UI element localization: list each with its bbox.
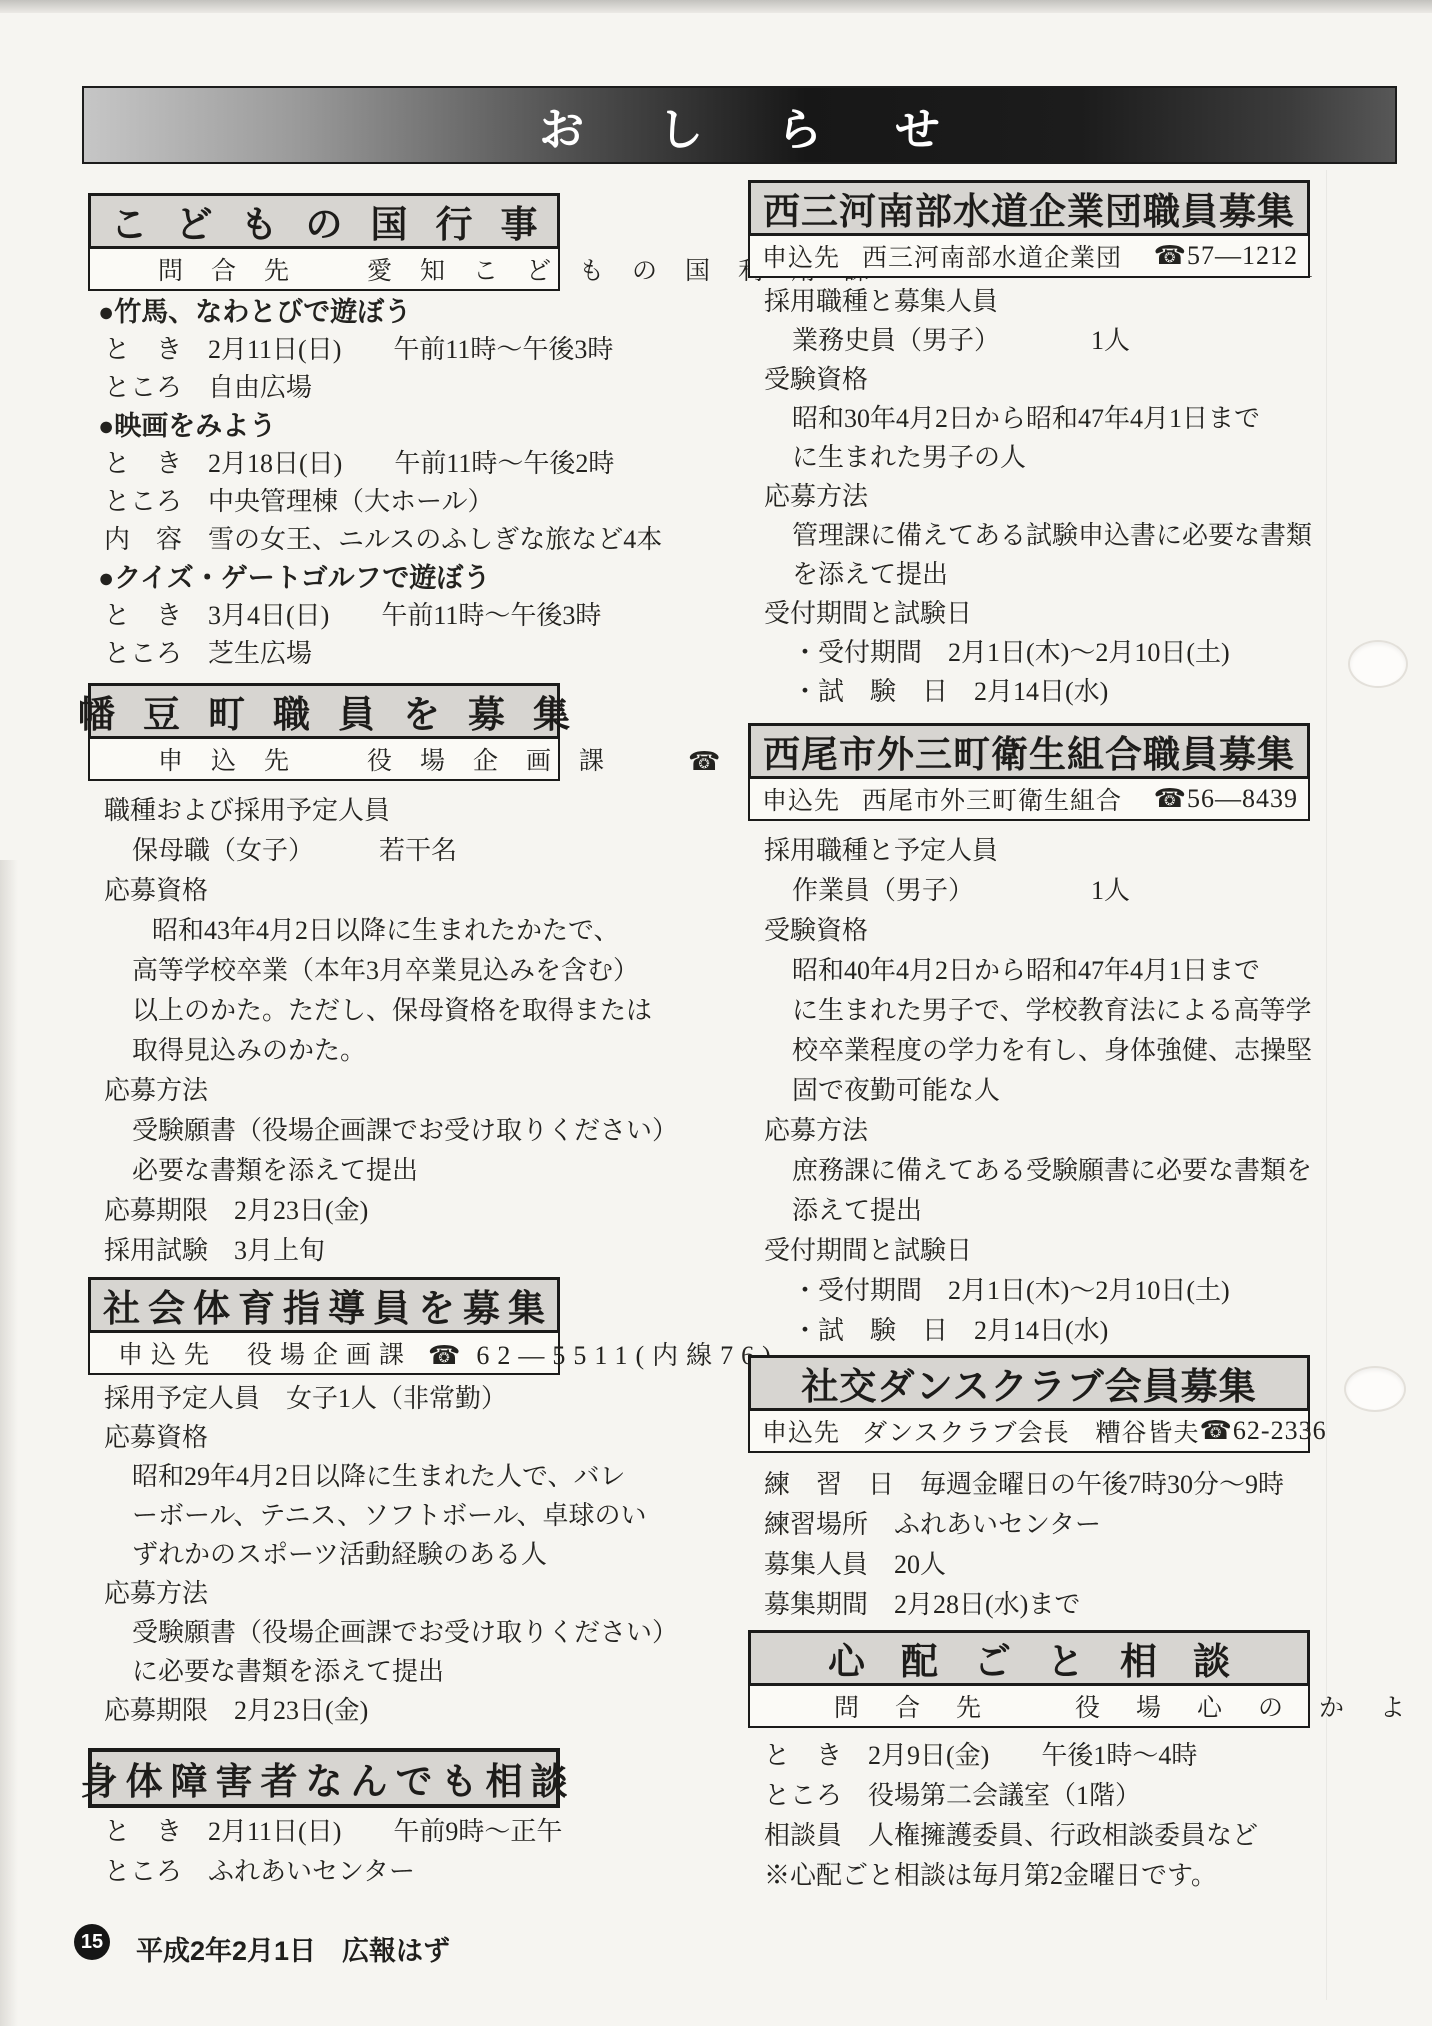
notice-banner-title: おしらせ [539, 93, 1014, 158]
contact-phone: ☎57—1212 [1154, 241, 1298, 271]
text-line: 採用試験 3月上旬 [88, 1231, 560, 1271]
text-line: ・試 験 日 2月14日(水) [748, 672, 1310, 711]
contact-row: 申込先役場企画課 ☎62—5511(内線76) [88, 1333, 560, 1375]
text-line: 応募方法 [748, 477, 1310, 516]
text-line: ところ 中央管理棟（大ホール） [88, 483, 560, 521]
phone-number: 62—5511(内線76) [476, 1341, 778, 1370]
text-line: 練 習 日 毎週金曜日の午後7時30分～9時 [748, 1465, 1310, 1505]
notice-banner: おしらせ [82, 86, 1397, 164]
section-body: 採用職種と予定人員 作業員（男子） 1人 受験資格 昭和40年4月2日から昭和4… [748, 821, 1310, 1351]
text-line: に生まれた男子の人 [748, 438, 1310, 477]
contact-name: 役場心のかよう課 [1075, 1695, 1432, 1722]
footer-publication: 広報はず [342, 1936, 450, 1966]
text-line: 応募方法 [88, 1574, 560, 1613]
text-line: 受験願書（役場企画課でお受け取りください） [88, 1111, 560, 1151]
newsletter-page: おしらせ こどもの国行事 問合先愛知こどもの国利用課 ☎62—4151 ●竹馬、… [0, 0, 1432, 2026]
section-water-utility-staff-recruitment: 西三河南部水道企業団職員募集 申込先西三河南部水道企業団 ☎57—1212 採用… [748, 180, 1310, 711]
text-line: ところ 自由広場 [88, 369, 560, 407]
phone-icon: ☎ [688, 747, 748, 776]
text-line: 作業員（男子） 1人 [748, 871, 1310, 911]
text-line: ・受付期間 2月1日(木)～2月10日(土) [748, 1271, 1310, 1311]
text-line: 採用予定人員 女子1人（非常勤） [88, 1379, 560, 1418]
contact-left: 申込先役場企画課 [130, 741, 632, 777]
section-title-box: 社交ダンスクラブ会員募集 [748, 1355, 1310, 1411]
section-hazu-town-staff-recruitment: 幡豆町職員を募集 申込先役場企画課 ☎62—5511(内線76) 職種および採用… [88, 683, 560, 1271]
text-line: 応募期限 2月23日(金) [88, 1691, 560, 1730]
text-line: ・試 験 日 2月14日(水) [748, 1311, 1310, 1351]
text-line: と き 2月11日(日) 午前11時～午後3時 [88, 331, 560, 369]
text-line: 庶務課に備えてある受験願書に必要な書類を [748, 1151, 1310, 1191]
text-line: 添えて提出 [748, 1191, 1310, 1231]
section-title: 幡豆町職員を募集 [78, 684, 598, 738]
event-heading: ●竹馬、なわとびで遊ぼう [88, 293, 560, 331]
section-worry-consultation: 心配ごと相談 問合先役場心のかよう課 ☎62-5511(内線27) と き 2月… [748, 1630, 1310, 1896]
text-line: ・受付期間 2月1日(木)～2月10日(土) [748, 633, 1310, 672]
section-title: こどもの国行事 [111, 194, 566, 248]
section-title: 社会体育指導員を募集 [103, 1278, 553, 1332]
section-title: 社交ダンスクラブ会員募集 [801, 1356, 1256, 1410]
section-title: 身体障害者なんでも相談 [81, 1751, 576, 1805]
text-line: ※心配ごと相談は毎月第2金曜日です。 [748, 1856, 1310, 1896]
text-line: 応募資格 [88, 871, 560, 911]
contact-label: 申込先 [762, 1420, 840, 1447]
text-line: 以上のかた。ただし、保母資格を取得または [88, 991, 560, 1031]
text-line: 管理課に備えてある試験申込書に必要な書類 [748, 516, 1310, 555]
text-line: と き 2月11日(日) 午前9時～正午 [88, 1812, 560, 1852]
phone-icon: ☎ [1154, 241, 1187, 270]
text-line: 募集人員 20人 [748, 1545, 1310, 1585]
text-line: 必要な書類を添えて提出 [88, 1151, 560, 1191]
text-line: 採用職種と募集人員 [748, 282, 1310, 321]
phone-number: 56—8439 [1187, 784, 1298, 813]
section-ballroom-dance-club-members: 社交ダンスクラブ会員募集 申込先ダンスクラブ会長 糟谷皆夫 ☎62-2336 練… [748, 1355, 1310, 1625]
contact-left: 申込先西三河南部水道企業団 [762, 238, 1122, 274]
section-title-box: 心配ごと相談 [748, 1630, 1310, 1686]
text-line: 業務史員（男子） 1人 [748, 321, 1310, 360]
text-line: 昭和43年4月2日以降に生まれたかたで、 [88, 911, 560, 951]
text-line: 昭和29年4月2日以降に生まれた人で、バレ [88, 1457, 560, 1496]
footer-date: 平成2年2月1日 [136, 1936, 316, 1966]
section-disabled-persons-consultation: 身体障害者なんでも相談 と き 2月11日(日) 午前9時～正午 ところ ふれあ… [88, 1748, 560, 1892]
section-title-box: 社会体育指導員を募集 [88, 1277, 560, 1333]
contact-row: 問合先愛知こどもの国利用課 ☎62—4151 [88, 249, 560, 291]
contact-row: 申込先西三河南部水道企業団 ☎57—1212 [748, 236, 1310, 278]
text-line: 応募期限 2月23日(金) [88, 1191, 560, 1231]
contact-left: 申込先ダンスクラブ会長 糟谷皆夫 [762, 1413, 1200, 1449]
contact-phone: ☎62-2336 [1200, 1416, 1327, 1446]
scan-edge-left [0, 860, 18, 2026]
section-title-box: 西三河南部水道企業団職員募集 [748, 180, 1310, 236]
text-line: 受付期間と試験日 [748, 1231, 1310, 1271]
text-line: 高等学校卒業（本年3月卒業見込みを含む） [88, 951, 560, 991]
section-title: 西尾市外三町衛生組合職員募集 [763, 724, 1295, 778]
contact-label: 問合先 [158, 258, 317, 285]
section-body: 職種および採用予定人員 保母職（女子） 若干名 応募資格 昭和43年4月2日以降… [88, 781, 560, 1271]
contact-name: ダンスクラブ会長 糟谷皆夫 [862, 1420, 1200, 1447]
section-title-box: 幡豆町職員を募集 [88, 683, 560, 739]
section-body: と き 2月11日(日) 午前9時～正午 ところ ふれあいセンター [88, 1808, 560, 1892]
text-line: ところ 芝生広場 [88, 635, 560, 673]
text-line: ーボール、テニス、ソフトボール、卓球のい [88, 1496, 560, 1535]
text-line: 受付期間と試験日 [748, 594, 1310, 633]
section-body: と き 2月9日(金) 午後1時～4時 ところ 役場第二会議室（1階） 相談員 … [748, 1728, 1310, 1896]
text-line: 相談員 人権擁護委員、行政相談委員など [748, 1816, 1310, 1856]
text-line: に生まれた男子で、学校教育法による高等学 [748, 991, 1310, 1031]
contact-row: 申込先ダンスクラブ会長 糟谷皆夫 ☎62-2336 [748, 1411, 1310, 1453]
text-line: 内 容 雪の女王、ニルスのふしぎな旅など4本 [88, 521, 560, 559]
punch-hole [1348, 640, 1408, 688]
phone-icon: ☎ [428, 1341, 468, 1370]
text-line: 職種および採用予定人員 [88, 791, 560, 831]
punch-hole [1344, 1366, 1406, 1412]
contact-row: 問合先役場心のかよう課 ☎62-5511(内線27) [748, 1686, 1310, 1728]
contact-name: 西尾市外三町衛生組合 [862, 788, 1122, 815]
section-title-box: 西尾市外三町衛生組合職員募集 [748, 723, 1310, 779]
footer-line: 平成2年2月1日広報はず [136, 1929, 450, 1968]
section-title: 西三河南部水道企業団職員募集 [763, 181, 1295, 235]
text-line: 応募方法 [748, 1111, 1310, 1151]
contact-name: 役場企画課 [367, 748, 632, 775]
section-body: 採用予定人員 女子1人（非常勤） 応募資格 昭和29年4月2日以降に生まれた人で… [88, 1375, 560, 1730]
section-body: 採用職種と募集人員 業務史員（男子） 1人 受験資格 昭和30年4月2日から昭和… [748, 278, 1310, 711]
text-line: 受験願書（役場企画課でお受け取りください） [88, 1613, 560, 1652]
text-line: ところ 役場第二会議室（1階） [748, 1776, 1310, 1816]
section-title-box: こどもの国行事 [88, 193, 560, 249]
section-body: ●竹馬、なわとびで遊ぼう と き 2月11日(日) 午前11時～午後3時 ところ… [88, 291, 560, 673]
text-line: 固で夜勤可能な人 [748, 1071, 1310, 1111]
contact-name: 西三河南部水道企業団 [862, 245, 1122, 272]
contact-label: 申込先 [118, 1342, 217, 1369]
text-line: ところ ふれあいセンター [88, 1852, 560, 1892]
contact-phone: ☎56—8439 [1154, 784, 1298, 814]
phone-number: 62-2336 [1233, 1416, 1327, 1445]
section-title: 心配ごと相談 [828, 1631, 1266, 1685]
text-line: 採用職種と予定人員 [748, 831, 1310, 871]
text-line: 練習場所 ふれあいセンター [748, 1505, 1310, 1545]
phone-icon: ☎ [1154, 784, 1187, 813]
page-number-badge: 15 [74, 1924, 110, 1960]
contact-name: 役場企画課 [247, 1342, 412, 1369]
text-line: と き 2月9日(金) 午後1時～4時 [748, 1736, 1310, 1776]
text-line: 応募方法 [88, 1071, 560, 1111]
section-body: 練 習 日 毎週金曜日の午後7時30分～9時 練習場所 ふれあいセンター 募集人… [748, 1453, 1310, 1625]
text-line: 募集期間 2月28日(水)まで [748, 1585, 1310, 1625]
text-line: 校卒業程度の学力を有し、身体強健、志操堅 [748, 1031, 1310, 1071]
contact-left: 問合先役場心のかよう課 [798, 1688, 1432, 1724]
contact-label: 申込先 [158, 748, 317, 775]
text-line: 昭和30年4月2日から昭和47年4月1日まで [748, 399, 1310, 438]
section-kodomo-no-kuni-events: こどもの国行事 問合先愛知こどもの国利用課 ☎62—4151 ●竹馬、なわとびで… [88, 193, 560, 673]
phone-number: 57—1212 [1187, 241, 1298, 270]
contact-label: 申込先 [762, 245, 840, 272]
text-line: と き 2月18日(日) 午前11時～午後2時 [88, 445, 560, 483]
text-line: 受験資格 [748, 360, 1310, 399]
section-sports-instructor-recruitment: 社会体育指導員を募集 申込先役場企画課 ☎62—5511(内線76) 採用予定人… [88, 1277, 560, 1730]
text-line: を添えて提出 [748, 555, 1310, 594]
text-line: 保母職（女子） 若干名 [88, 831, 560, 871]
contact-left: 申込先役場企画課 [110, 1335, 412, 1371]
text-line: 取得見込みのかた。 [88, 1031, 560, 1071]
section-sanitation-union-staff-recruitment: 西尾市外三町衛生組合職員募集 申込先西尾市外三町衛生組合 ☎56—8439 採用… [748, 723, 1310, 1351]
contact-phone: ☎62—5511(内線76) [420, 1335, 779, 1372]
contact-label: 申込先 [762, 788, 840, 815]
contact-row: 申込先西尾市外三町衛生組合 ☎56—8439 [748, 779, 1310, 821]
text-line: ずれかのスポーツ活動経験のある人 [88, 1535, 560, 1574]
event-heading: ●クイズ・ゲートゴルフで遊ぼう [88, 559, 560, 597]
contact-left: 申込先西尾市外三町衛生組合 [762, 781, 1122, 817]
contact-row: 申込先役場企画課 ☎62—5511(内線76) [88, 739, 560, 781]
scan-edge-top [0, 0, 1432, 13]
text-line: に必要な書類を添えて提出 [88, 1652, 560, 1691]
event-heading: ●映画をみよう [88, 407, 560, 445]
text-line: 昭和40年4月2日から昭和47年4月1日まで [748, 951, 1310, 991]
section-title-box: 身体障害者なんでも相談 [88, 1748, 560, 1808]
text-line: 応募資格 [88, 1418, 560, 1457]
text-line: 受験資格 [748, 911, 1310, 951]
contact-label: 問合先 [834, 1695, 1017, 1722]
page-fold-line [1326, 170, 1327, 2000]
text-line: と き 3月4日(日) 午前11時～午後3時 [88, 597, 560, 635]
page-number: 15 [81, 1931, 103, 1954]
phone-icon: ☎ [1200, 1416, 1233, 1445]
